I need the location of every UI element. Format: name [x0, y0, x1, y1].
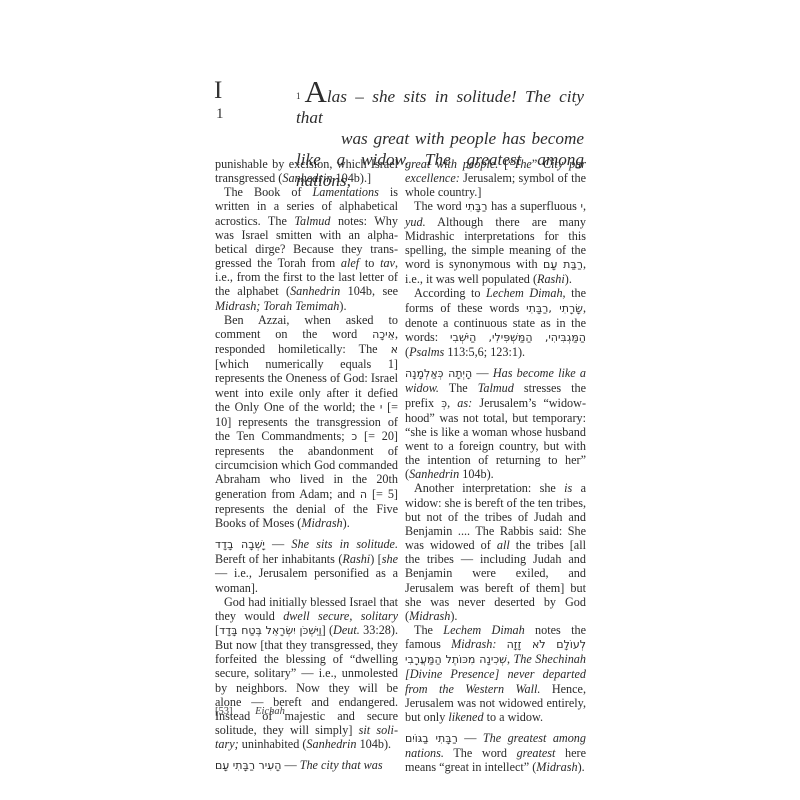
- commentary-paragraph: The Book of Lamentations is written in a…: [215, 185, 398, 312]
- lemma-paragraph: יָשְׁבָה בָדָד — She sits in solitude. B…: [215, 537, 398, 595]
- commentary-paragraph: God had initially blessed Israel that th…: [215, 595, 398, 752]
- chapter-numeral: I: [214, 78, 222, 104]
- page-footer: [53] Eichah: [215, 706, 285, 717]
- drop-cap: A: [305, 74, 327, 109]
- lemma-paragraph: רַבָּתִי בַגּוֹיִם — The greatest among …: [405, 731, 586, 774]
- commentary-paragraph: Ben Azzai, when asked to comment on the …: [215, 313, 398, 530]
- book-title: Eichah: [255, 706, 285, 717]
- book-page: I 1 1Alas – she sits in solitude! The ci…: [0, 0, 800, 800]
- page-number: [53]: [215, 706, 233, 717]
- commentary-left-column: punishable by excision, which Israel tra…: [215, 157, 398, 774]
- verse-marker: 1: [216, 106, 224, 123]
- commentary-right-column: great with people. [“The” City par excel…: [405, 157, 586, 775]
- verse-line-1: 1Alas – she sits in solitude! The city t…: [296, 82, 584, 128]
- commentary-paragraph: The word רַבָּתִי has a superfluous י, y…: [405, 199, 586, 286]
- commentary-paragraph: According to Lechem Dimah, the forms of …: [405, 286, 586, 359]
- commentary-paragraph: great with people. [“The” City par excel…: [405, 157, 586, 199]
- verse-number: 1: [296, 91, 301, 101]
- commentary-paragraph: punishable by excision, which Israel tra…: [215, 157, 398, 185]
- commentary-paragraph: Another interpretation: she is a widow: …: [405, 481, 586, 623]
- lemma-paragraph: הָעִיר רַבָּתִי עָם — The city that was: [215, 758, 398, 773]
- lemma-paragraph: הָיְתָה כְּאַלְמָנָה — Has become like a…: [405, 366, 586, 481]
- verse-line-2: was great with people has become: [296, 128, 584, 149]
- commentary-paragraph: The Lechem Dimah notes the famous Midras…: [405, 623, 586, 724]
